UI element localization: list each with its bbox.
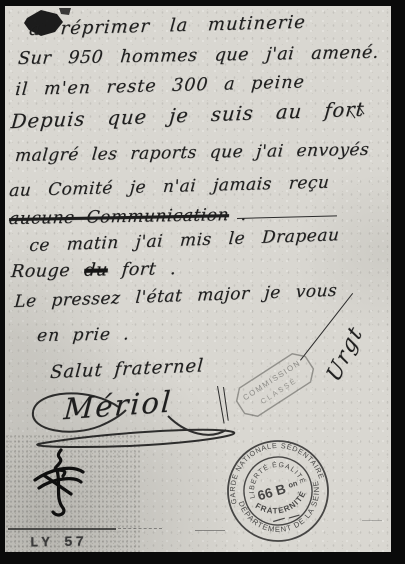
letter-line-3: il m'en reste 300 a peine: [14, 72, 305, 100]
letter-paper: a réprimer la mutinerie Sur 950 hommes q…: [5, 6, 391, 552]
letter-line-7-struck: aucune Communication .: [8, 205, 247, 229]
letter-line-9-pre: Rouge: [10, 261, 71, 282]
letter-line-5: malgré les raports que j'ai envoyés: [14, 140, 370, 166]
period-mark: .: [240, 205, 248, 225]
scanned-letter-page: a réprimer la mutinerie Sur 950 hommes q…: [0, 0, 405, 564]
closing-salutation: Salut fraternel: [49, 355, 204, 383]
strikethrough-extension-line: [237, 215, 337, 219]
paper-grain-overlay: [5, 434, 140, 552]
letter-line-10: Le pressez l'état major je vous: [14, 281, 338, 312]
urgent-margin-note: Urgt: [322, 321, 367, 386]
bottom-rule-segment: [362, 520, 382, 521]
letter-line-9: Rouge du fort .: [10, 259, 177, 282]
classification-stamp: COMMISSION CLASSÉ: [229, 346, 320, 424]
letter-line-2: Sur 950 hommes que j'ai amené.: [17, 43, 380, 69]
letter-line-8: ce matin j'ai mis le Drapeau: [29, 225, 341, 256]
struck-text: aucune Communication: [8, 205, 230, 229]
bottom-rule-segment: [195, 530, 225, 531]
scratched-out-word: du: [83, 260, 108, 280]
letter-line-11: en prie .: [36, 324, 130, 346]
stamp-number-superscript: on: [287, 478, 299, 489]
letter-line-4: Depuis que je suis au fort: [10, 98, 366, 133]
stamp-number-main: 66 B: [256, 481, 288, 503]
letter-line-6: au Comité je n'ai jamais reçu: [8, 173, 330, 201]
letter-line-9-post: fort .: [121, 259, 177, 280]
